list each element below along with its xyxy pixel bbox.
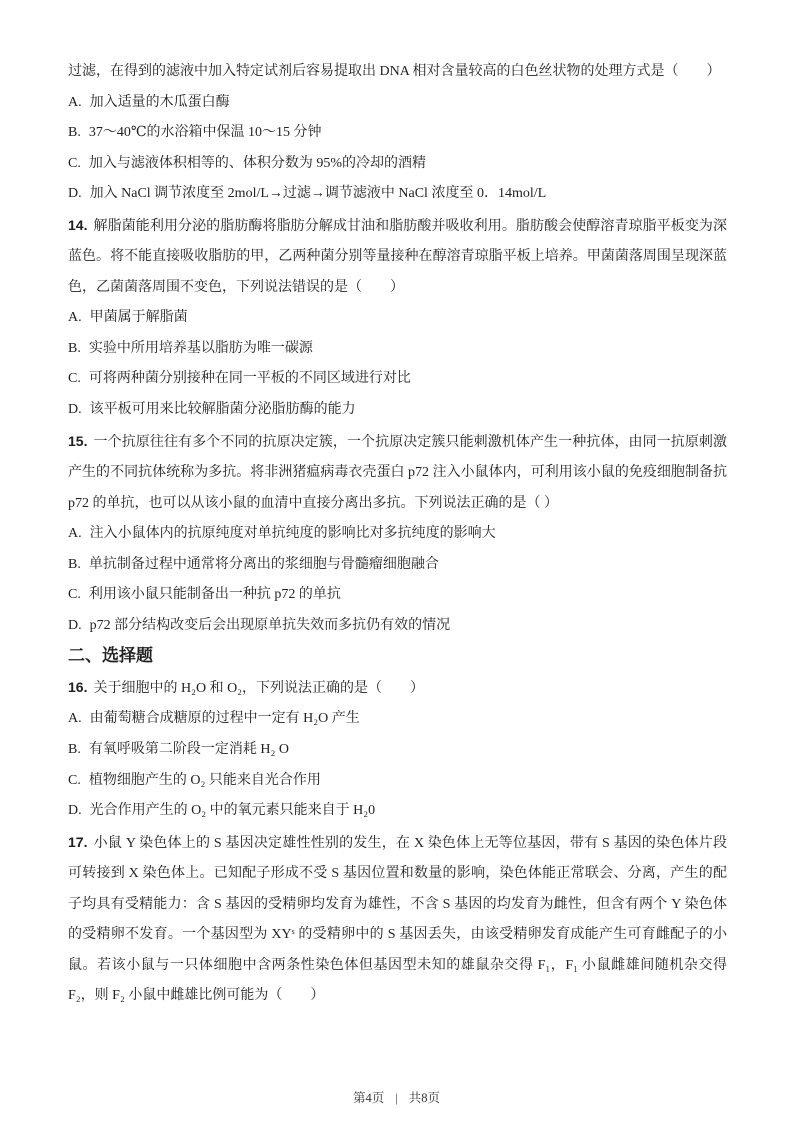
option-label: C.	[68, 587, 81, 602]
option-label: B.	[68, 341, 81, 356]
option-label: B.	[68, 742, 81, 757]
option-label: A.	[68, 711, 82, 726]
question-13-option-b: B.37～40℃的水浴箱中保温 10～15 分钟	[68, 118, 727, 149]
option-label: A.	[68, 526, 82, 541]
option-label: D.	[68, 618, 82, 633]
question-13-option-c: C.加入与滤液体积相等的、体积分数为 95%的冷却的酒精	[68, 149, 727, 180]
option-text: 该平板可用来比较解脂菌分泌脂肪酶的能力	[90, 402, 356, 417]
option-text: 加入 NaCl 调节浓度至 2mol/L→过滤→调节滤液中 NaCl 浓度至 0…	[90, 186, 547, 201]
question-15-number: 15.	[68, 433, 87, 449]
option-text: 光合作用产生的 O₂ 中的氧元素只能来自于 H₂0	[90, 803, 375, 818]
question-15-stem-text: 一个抗原往往有多个不同的抗原决定簇，一个抗原决定簇只能刺激机体产生一种抗体，由同…	[68, 435, 727, 511]
option-label: C.	[68, 773, 81, 788]
option-label: A.	[68, 310, 82, 325]
question-13-option-d: D.加入 NaCl 调节浓度至 2mol/L→过滤→调节滤液中 NaCl 浓度至…	[68, 179, 727, 210]
question-14-number: 14.	[68, 217, 87, 233]
option-text: 实验中所用培养基以脂肪为唯一碳源	[89, 341, 313, 356]
question-17-number: 17.	[68, 834, 87, 850]
option-label: C.	[68, 371, 81, 386]
option-text: 由葡萄糖合成糖原的过程中一定有 H₂O 产生	[90, 711, 360, 726]
question-16-option-b: B.有氧呼吸第二阶段一定消耗 H₂ O	[68, 735, 727, 766]
question-14-option-b: B.实验中所用培养基以脂肪为唯一碳源	[68, 334, 727, 365]
footer-separator: |	[395, 1091, 398, 1105]
option-label: C.	[68, 156, 81, 171]
option-label: B.	[68, 125, 81, 140]
option-text: 单抗制备过程中通常将分离出的浆细胞与骨髓瘤细胞融合	[89, 557, 439, 572]
option-label: D.	[68, 402, 82, 417]
option-text: 植物细胞产生的 O₂ 只能来自光合作用	[89, 773, 321, 788]
question-15-option-d: D.p72 部分结构改变后会出现原单抗失效而多抗仍有效的情况	[68, 611, 727, 642]
option-text: 甲菌属于解脂菌	[90, 310, 188, 325]
section-heading: 二、选择题	[68, 641, 727, 672]
question-15-option-b: B.单抗制备过程中通常将分离出的浆细胞与骨髓瘤细胞融合	[68, 550, 727, 581]
question-15-stem: 15.一个抗原往往有多个不同的抗原决定簇，一个抗原决定簇只能刺激机体产生一种抗体…	[68, 426, 727, 520]
question-13-stem: 过滤，在得到的滤液中加入特定试剂后容易提取出 DNA 相对含量较高的白色丝状物的…	[68, 57, 727, 88]
exam-page: { "page": { "background": "#ffffff", "te…	[0, 0, 793, 1122]
question-13-option-a: A.加入适量的木瓜蛋白酶	[68, 88, 727, 119]
question-17-stem-text: 小鼠 Y 染色体上的 S 基因决定雄性性别的发生，在 X 染色体上无等位基因，带…	[68, 836, 727, 1004]
option-text: 加入适量的木瓜蛋白酶	[90, 95, 230, 110]
question-16-option-a: A.由葡萄糖合成糖原的过程中一定有 H₂O 产生	[68, 704, 727, 735]
question-13-stem-text: 过滤，在得到的滤液中加入特定试剂后容易提取出 DNA 相对含量较高的白色丝状物的…	[68, 64, 721, 79]
question-16-option-c: C.植物细胞产生的 O₂ 只能来自光合作用	[68, 766, 727, 797]
question-14-stem-text: 解脂菌能利用分泌的脂肪酶将脂肪分解成甘油和脂肪酸并吸收利用。脂肪酸会使醇溶青琼脂…	[68, 219, 727, 295]
page-number: 第4页	[353, 1091, 384, 1105]
question-16-number: 16.	[68, 679, 87, 695]
option-label: B.	[68, 557, 81, 572]
question-14-stem: 14.解脂菌能利用分泌的脂肪酶将脂肪分解成甘油和脂肪酸并吸收利用。脂肪酸会使醇溶…	[68, 210, 727, 304]
total-pages: 共8页	[409, 1091, 440, 1105]
question-14-option-a: A.甲菌属于解脂菌	[68, 303, 727, 334]
option-text: 加入与滤液体积相等的、体积分数为 95%的冷却的酒精	[89, 156, 426, 171]
option-text: 可将两种菌分别接种在同一平板的不同区域进行对比	[89, 371, 411, 386]
question-16-stem-text: 关于细胞中的 H₂O 和 O₂，下列说法正确的是（ ）	[93, 681, 424, 696]
page-footer: 第4页|共8页	[0, 1088, 793, 1106]
option-text: 37～40℃的水浴箱中保温 10～15 分钟	[89, 125, 322, 140]
option-label: D.	[68, 186, 82, 201]
question-15-option-a: A.注入小鼠体内的抗原纯度对单抗纯度的影响比对多抗纯度的影响大	[68, 519, 727, 550]
exam-content: 过滤，在得到的滤液中加入特定试剂后容易提取出 DNA 相对含量较高的白色丝状物的…	[68, 57, 727, 1012]
question-16-option-d: D.光合作用产生的 O₂ 中的氧元素只能来自于 H₂0	[68, 796, 727, 827]
question-14-option-d: D.该平板可用来比较解脂菌分泌脂肪酶的能力	[68, 395, 727, 426]
option-label: D.	[68, 803, 82, 818]
option-text: 注入小鼠体内的抗原纯度对单抗纯度的影响比对多抗纯度的影响大	[90, 526, 496, 541]
question-17-stem: 17.小鼠 Y 染色体上的 S 基因决定雄性性别的发生，在 X 染色体上无等位基…	[68, 827, 727, 1012]
question-14-option-c: C.可将两种菌分别接种在同一平板的不同区域进行对比	[68, 364, 727, 395]
option-text: 有氧呼吸第二阶段一定消耗 H₂ O	[89, 742, 289, 757]
question-16-stem: 16.关于细胞中的 H₂O 和 O₂，下列说法正确的是（ ）	[68, 672, 727, 705]
question-15-option-c: C.利用该小鼠只能制备出一种抗 p72 的单抗	[68, 580, 727, 611]
option-text: 利用该小鼠只能制备出一种抗 p72 的单抗	[89, 587, 341, 602]
option-text: p72 部分结构改变后会出现原单抗失效而多抗仍有效的情况	[90, 618, 451, 633]
option-label: A.	[68, 95, 82, 110]
